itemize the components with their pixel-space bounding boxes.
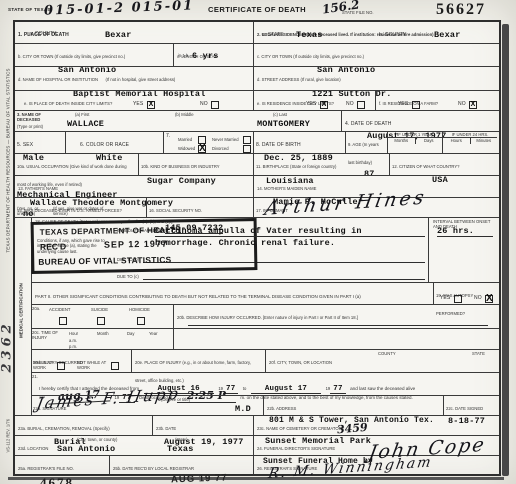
hour-label: Hour: [69, 331, 78, 336]
row-disposal: 23a. BURIAL, CREMATION, REMOVAL (Specify…: [15, 415, 499, 435]
describe-injury-line: [188, 321, 488, 326]
place-limits-no-label: NO: [200, 101, 208, 107]
race-label: 6. COLOR OR RACE: [80, 142, 129, 148]
cause-line-a1: Carcinoma ampulla of Vater resulting in: [155, 227, 425, 237]
physician-address-cell: 22b. ADDRESS 801 M & S Tower, San Antoni…: [263, 396, 443, 415]
handwritten-codes: 015-01-2 015-01: [44, 0, 195, 19]
citizen-label: 12. CITIZEN OF WHAT COUNTRY?: [392, 164, 459, 169]
agency-vertical-label: TEXAS DEPARTMENT OF HEALTH RESOURCES — B…: [6, 41, 11, 281]
while-at-work-checkbox: [57, 362, 65, 370]
location-label: 23d. LOCATION: [18, 446, 48, 451]
death-certificate-scan: STATE OF TEXAS 015-01-2 015-01 CERTIFICA…: [0, 0, 516, 484]
place-limits-yes-checkbox: X: [147, 101, 155, 109]
county-value: Bexar: [105, 31, 132, 40]
disposal-location-cell: 23d. LOCATION (City, town, or county) (S…: [15, 436, 253, 455]
disposal-date-label: 23b. DATE: [156, 426, 176, 431]
ssn-label: 16. SOCIAL SECURITY NO.: [149, 208, 202, 213]
residence-limits-no-label: NO: [346, 101, 354, 107]
physician-address-label: 22b. ADDRESS: [267, 406, 296, 411]
medical-certification-label: MEDICAL CERTIFICATION: [19, 271, 24, 351]
divorced-label: Divorced: [212, 146, 229, 151]
farm-yes-checkbox: [412, 101, 420, 109]
header: STATE OF TEXAS 015-01-2 015-01 CERTIFICA…: [0, 0, 516, 20]
state-file-number: 56627: [436, 1, 486, 19]
residence-limits-cell: e. IS RESIDENCE INSIDE CITY LIMITS? YES …: [253, 91, 375, 110]
injury-city-cell: 20f. CITY, TOWN, OR LOCATION COUNTY STAT…: [265, 350, 499, 372]
under-1-year-columns: Months Days: [388, 138, 442, 143]
am-label: a.m.: [69, 338, 77, 343]
county-label: a. COUNTY: [29, 31, 57, 37]
armed-forces-cell: 15. WAS DECEASED EVER IN U.S. ARMED FORC…: [15, 198, 146, 217]
date-of-death-cell: 4. DATE OF DEATH August 17, 1977: [341, 111, 499, 131]
age-cell: 9. AGE (In years last birthday) 87: [345, 132, 387, 153]
day-label: Day: [127, 331, 134, 336]
injury-county-label: COUNTY: [378, 351, 396, 356]
residence-state-label: a. STATE: [262, 32, 284, 38]
row-place-residence: 1. PLACE OF DEATH a. COUNTY Bexar 2. USU…: [15, 22, 499, 43]
disposal-label: 23a. BURIAL, CREMATION, REMOVAL (Specify…: [18, 426, 110, 431]
row-part2-autopsy: PART II. OTHER SIGNIFICANT CONDITIONS CO…: [31, 282, 499, 304]
time-of-injury-label: 20c. TIME OF INJURY: [32, 330, 62, 341]
date-received-cell: 25b. DATE REC'D BY LOCAL REGISTRAR AUG 1…: [109, 456, 253, 474]
residence-limits-no-checkbox: [357, 101, 365, 109]
medical-certification-strip: MEDICAL CERTIFICATION: [15, 217, 32, 416]
interval-column-border: [428, 218, 429, 283]
place-of-injury-cell: 20e. PLACE OF INJURY (e.g., in or about …: [131, 350, 265, 372]
describe-injury-label: 20b. DESCRIBE HOW INJURY OCCURRED. [Ente…: [177, 315, 358, 320]
dob-label: 8. DATE OF BIRTH: [256, 142, 301, 148]
row-time-of-injury: 20c. TIME OF INJURY Hour Month Day Year …: [31, 328, 499, 349]
manner-number: 20a.: [32, 306, 40, 311]
days-label: Days: [416, 138, 443, 143]
date-of-death-label: 4. DATE OF DEATH: [345, 121, 391, 127]
accident-checkbox: [59, 317, 67, 325]
date-received-label: 25b. DATE REC'D BY LOCAL REGISTRAR: [113, 466, 194, 471]
farm-yes-label: YES: [398, 101, 408, 107]
last-name-value: MONTGOMERY: [257, 120, 310, 129]
industry-label: 10b. KIND OF BUSINESS OR INDUSTRY: [141, 164, 220, 169]
state-file-no-label: STATE FILE NO.: [342, 10, 374, 15]
usual-residence-cell: 2. USUAL RESIDENCE (Where deceased lived…: [253, 22, 499, 43]
form-number-vertical: VS-112 REV. 1/76: [6, 393, 11, 453]
widowed-checkbox: X: [198, 145, 206, 153]
while-at-work-label: WHILE AT WORK: [33, 360, 57, 371]
date-signed-cell: 22c. DATE SIGNED 8-18-77: [443, 396, 499, 415]
row-hospital-street: d. NAME OF HOSPITAL OR INSTITUTION (If n…: [15, 66, 499, 90]
residence-state-value: Texas: [296, 31, 323, 40]
marital-number: 7.: [166, 133, 170, 139]
autopsy-no-label: NO: [474, 295, 482, 301]
hospital-label: d. NAME OF HOSPITAL OR INSTITUTION: [18, 77, 98, 82]
manner-cell: 20a. ACCIDENT SUICIDE HOMICIDE: [31, 305, 173, 328]
dob-cell: 8. DATE OF BIRTH Dec. 25, 1889: [253, 132, 345, 153]
farm-no-checkbox: X: [469, 101, 477, 109]
birthplace-label: 11. BIRTHPLACE (State or foreign country…: [256, 164, 336, 169]
sex-cell: 5. SEX Male: [15, 132, 65, 153]
deceased-name-sub: (Type or print): [17, 124, 43, 129]
autopsy-yes-checkbox: [454, 295, 462, 303]
registrar-file-cell: 25a. REGISTRAR'S FILE NO. 4678: [15, 456, 109, 474]
residence-county-value: Bexar: [434, 31, 461, 40]
row-occupation: 10a. USUAL OCCUPATION (Give kind of work…: [15, 153, 499, 175]
scan-edge-bar: [502, 24, 509, 476]
length-of-stay-cell: c. LENGTH OF STAY in 1 b. 6 yrs: [173, 44, 253, 66]
suicide-checkbox: [97, 317, 105, 325]
citizen-cell: 12. CITIZEN OF WHAT COUNTRY? USA: [389, 154, 497, 175]
sex-label: 5. SEX: [17, 142, 33, 148]
row-armed-ssn-informant: 15. WAS DECEASED EVER IN U.S. ARMED FORC…: [15, 197, 499, 217]
location-city-sublabel: (City, town, or county): [77, 437, 117, 442]
hospital-cell: d. NAME OF HOSPITAL OR INSTITUTION (If n…: [15, 67, 253, 90]
certification-number: 21.: [32, 374, 38, 379]
race-cell: 6. COLOR OR RACE White: [65, 132, 163, 153]
location-state-sublabel: (State): [175, 437, 188, 442]
row-limits: e. IS PLACE OF DEATH INSIDE CITY LIMITS?…: [15, 90, 499, 110]
farm-no-label: NO: [458, 101, 466, 107]
row-demographics: 5. SEX Male 6. COLOR OR RACE White 7. Ma…: [15, 131, 499, 153]
industry-cell: 10b. KIND OF BUSINESS OR INDUSTRY Sugar …: [138, 154, 253, 175]
never-married-label: Never Married: [212, 137, 239, 142]
place-city-label: b. CITY OR TOWN (If outside city limits,…: [18, 54, 125, 59]
location-state-value: Texas: [167, 445, 194, 454]
armed-forces-sub2: (If yes, give war or dates of service): [53, 206, 113, 217]
place-limits-yes-label: YES: [133, 101, 143, 107]
under-24-hrs-cell: IF UNDER 24 HRS. Hours Minutes: [442, 132, 497, 153]
mother-label: 14. MOTHER'S MAIDEN NAME: [257, 186, 316, 191]
form-number-text: VS-112 REV. 1/76: [6, 419, 11, 453]
cause-line-a2: hemorrhage. Chronic renal failure.: [155, 239, 335, 248]
disposal-cell: 23a. BURIAL, CREMATION, REMOVAL (Specify…: [15, 416, 152, 435]
birthplace-cell: 11. BIRTHPLACE (State or foreign country…: [253, 154, 389, 175]
middle-name-label: (b) Middle: [175, 112, 194, 117]
residence-limits-yes-checkbox: X: [320, 101, 328, 109]
part2-label: PART II. OTHER SIGNIFICANT CONDITIONS CO…: [35, 294, 361, 299]
stamp-recd: REC'D: [40, 241, 66, 251]
widowed-label: Widowed: [178, 146, 195, 151]
form-box: 1. PLACE OF DEATH a. COUNTY Bexar 2. USU…: [13, 20, 501, 476]
father-cell: 13. FATHER'S NAME Wallace Theodore Montg…: [15, 176, 253, 197]
disposal-date-cell: 23b. DATE August 19, 1977: [152, 416, 253, 435]
never-married-checkbox: [243, 136, 251, 144]
residence-county-label: b. COUNTY: [379, 32, 407, 38]
year-label: Year: [149, 331, 157, 336]
place-limits-no-checkbox: [211, 101, 219, 109]
hospital-sublabel: (If not in hospital, give street address…: [106, 77, 176, 82]
funeral-director-label: 24. FUNERAL DIRECTOR'S SIGNATURE: [257, 446, 335, 451]
deceased-name-cell: 3. NAME OF DECEASED (Type or print) (a) …: [15, 111, 341, 131]
row-city-stay: b. CITY OR TOWN (If outside city limits,…: [15, 43, 499, 66]
row-name: 3. NAME OF DECEASED (Type or print) (a) …: [15, 110, 499, 131]
medical-certification-text: MEDICAL CERTIFICATION: [19, 283, 24, 338]
hours-label: Hours: [443, 138, 471, 143]
injury-state-label: STATE: [472, 351, 485, 356]
time-of-injury-cell: 20c. TIME OF INJURY Hour Month Day Year …: [31, 329, 173, 349]
due-to-c-line: [143, 273, 425, 280]
divorced-checkbox: [243, 145, 251, 153]
father-label: 13. FATHER'S NAME: [18, 186, 58, 191]
first-name-label: (a) First: [75, 112, 89, 117]
homicide-label: HOMICIDE: [129, 307, 150, 312]
location-city-value: San Antonio: [57, 445, 115, 454]
due-to-c-label: DUE TO (c): [117, 274, 139, 279]
agency-vertical-text: TEXAS DEPARTMENT OF HEALTH RESOURCES — B…: [6, 68, 11, 252]
date-received-stamp: AUG 19 77: [171, 472, 250, 484]
registrar-file-label: 25a. REGISTRAR'S FILE NO.: [18, 466, 74, 471]
injury-continuation-cell: [173, 329, 499, 349]
registrar-file-value: 4678: [40, 475, 106, 484]
residence-limits-yes-label: YES: [306, 101, 316, 107]
deceased-name-label: 3. NAME OF DECEASED: [17, 112, 51, 123]
married-label: Married: [178, 137, 192, 142]
first-name-value: WALLACE: [67, 120, 104, 129]
place-city-cell: b. CITY OR TOWN (If outside city limits,…: [15, 44, 173, 66]
farm-cell: f. IS RESIDENCE ON A FARM? YES NO X: [375, 91, 497, 110]
degree-value: M.D: [235, 405, 251, 414]
under-1-year-cell: IF UNDER 1 YEAR Months Days: [387, 132, 442, 153]
interval-value: 26 hrs.: [437, 227, 493, 237]
cemetery-label: 23c. NAME OF CEMETERY OR CREMATORY: [257, 426, 344, 431]
month-label: Month: [97, 331, 109, 336]
autopsy-yes-label: YES: [440, 295, 450, 301]
occupation-cell: 10a. USUAL OCCUPATION (Give kind of work…: [15, 154, 138, 175]
date-signed-label: 22c. DATE SIGNED: [446, 406, 483, 411]
injury-city-label: 20f. CITY, TOWN, OR LOCATION: [269, 360, 332, 365]
marital-cell: 7. Married Never Married Widowed X Divor…: [163, 132, 253, 153]
stamp-line3: BUREAU OF VITAL STATISTICS: [38, 255, 171, 267]
farm-label: f. IS RESIDENCE ON A FARM?: [379, 101, 438, 106]
last-name-label: (c) Last: [273, 112, 287, 117]
describe-injury-cell: 20b. DESCRIBE HOW INJURY OCCURRED. [Ente…: [173, 305, 499, 328]
street-address-label: d. STREET ADDRESS (If rural, give locati…: [257, 77, 341, 82]
place-limits-cell: e. IS PLACE OF DEATH INSIDE CITY LIMITS?…: [15, 91, 253, 110]
ssn-cell: 16. SOCIAL SECURITY NO. 145-09-7232: [146, 198, 253, 217]
injury-occurred-cell: 20d. INJURY OCCURRED WHILE AT WORK NOT W…: [31, 350, 131, 372]
accident-label: ACCIDENT: [49, 307, 70, 312]
funeral-home-number: 3459: [336, 421, 368, 437]
not-while-at-work-checkbox: [111, 362, 119, 370]
row-manner-injury: 20a. ACCIDENT SUICIDE HOMICIDE 20b. DESC…: [31, 304, 499, 328]
part2-cell: PART II. OTHER SIGNIFICANT CONDITIONS CO…: [31, 283, 433, 304]
length-of-stay-sub: in 1 b.: [178, 53, 189, 58]
place-of-death-cell: 1. PLACE OF DEATH a. COUNTY Bexar: [15, 22, 253, 43]
under-24-hrs-columns: Hours Minutes: [443, 138, 497, 143]
length-of-stay-value: 6 yrs: [192, 52, 219, 61]
cemetery-cell: 23c. NAME OF CEMETERY OR CREMATORY Sunse…: [253, 416, 499, 435]
row-injury-place: 20d. INJURY OCCURRED WHILE AT WORK NOT W…: [31, 349, 499, 372]
residence-city-label: c. CITY OR TOWN (If outside city limits,…: [257, 54, 364, 59]
autopsy-no-checkbox: X: [485, 295, 493, 303]
homicide-checkbox: [137, 317, 145, 325]
street-address-cell: d. STREET ADDRESS (If rural, give locati…: [253, 67, 499, 90]
certificate-title: CERTIFICATE OF DEATH: [208, 5, 306, 14]
autopsy-cell: 19. WAS AUTOPSY PERFORMED? YES NO X: [433, 283, 499, 304]
residence-city-cell: c. CITY OR TOWN (If outside city limits,…: [253, 44, 497, 66]
not-while-at-work-label: NOT WHILE AT WORK: [77, 360, 107, 371]
minutes-label: Minutes: [471, 138, 498, 143]
suicide-label: SUICIDE: [91, 307, 108, 312]
months-label: Months: [388, 138, 416, 143]
place-limits-label: e. IS PLACE OF DEATH INSIDE CITY LIMITS?: [24, 101, 112, 106]
